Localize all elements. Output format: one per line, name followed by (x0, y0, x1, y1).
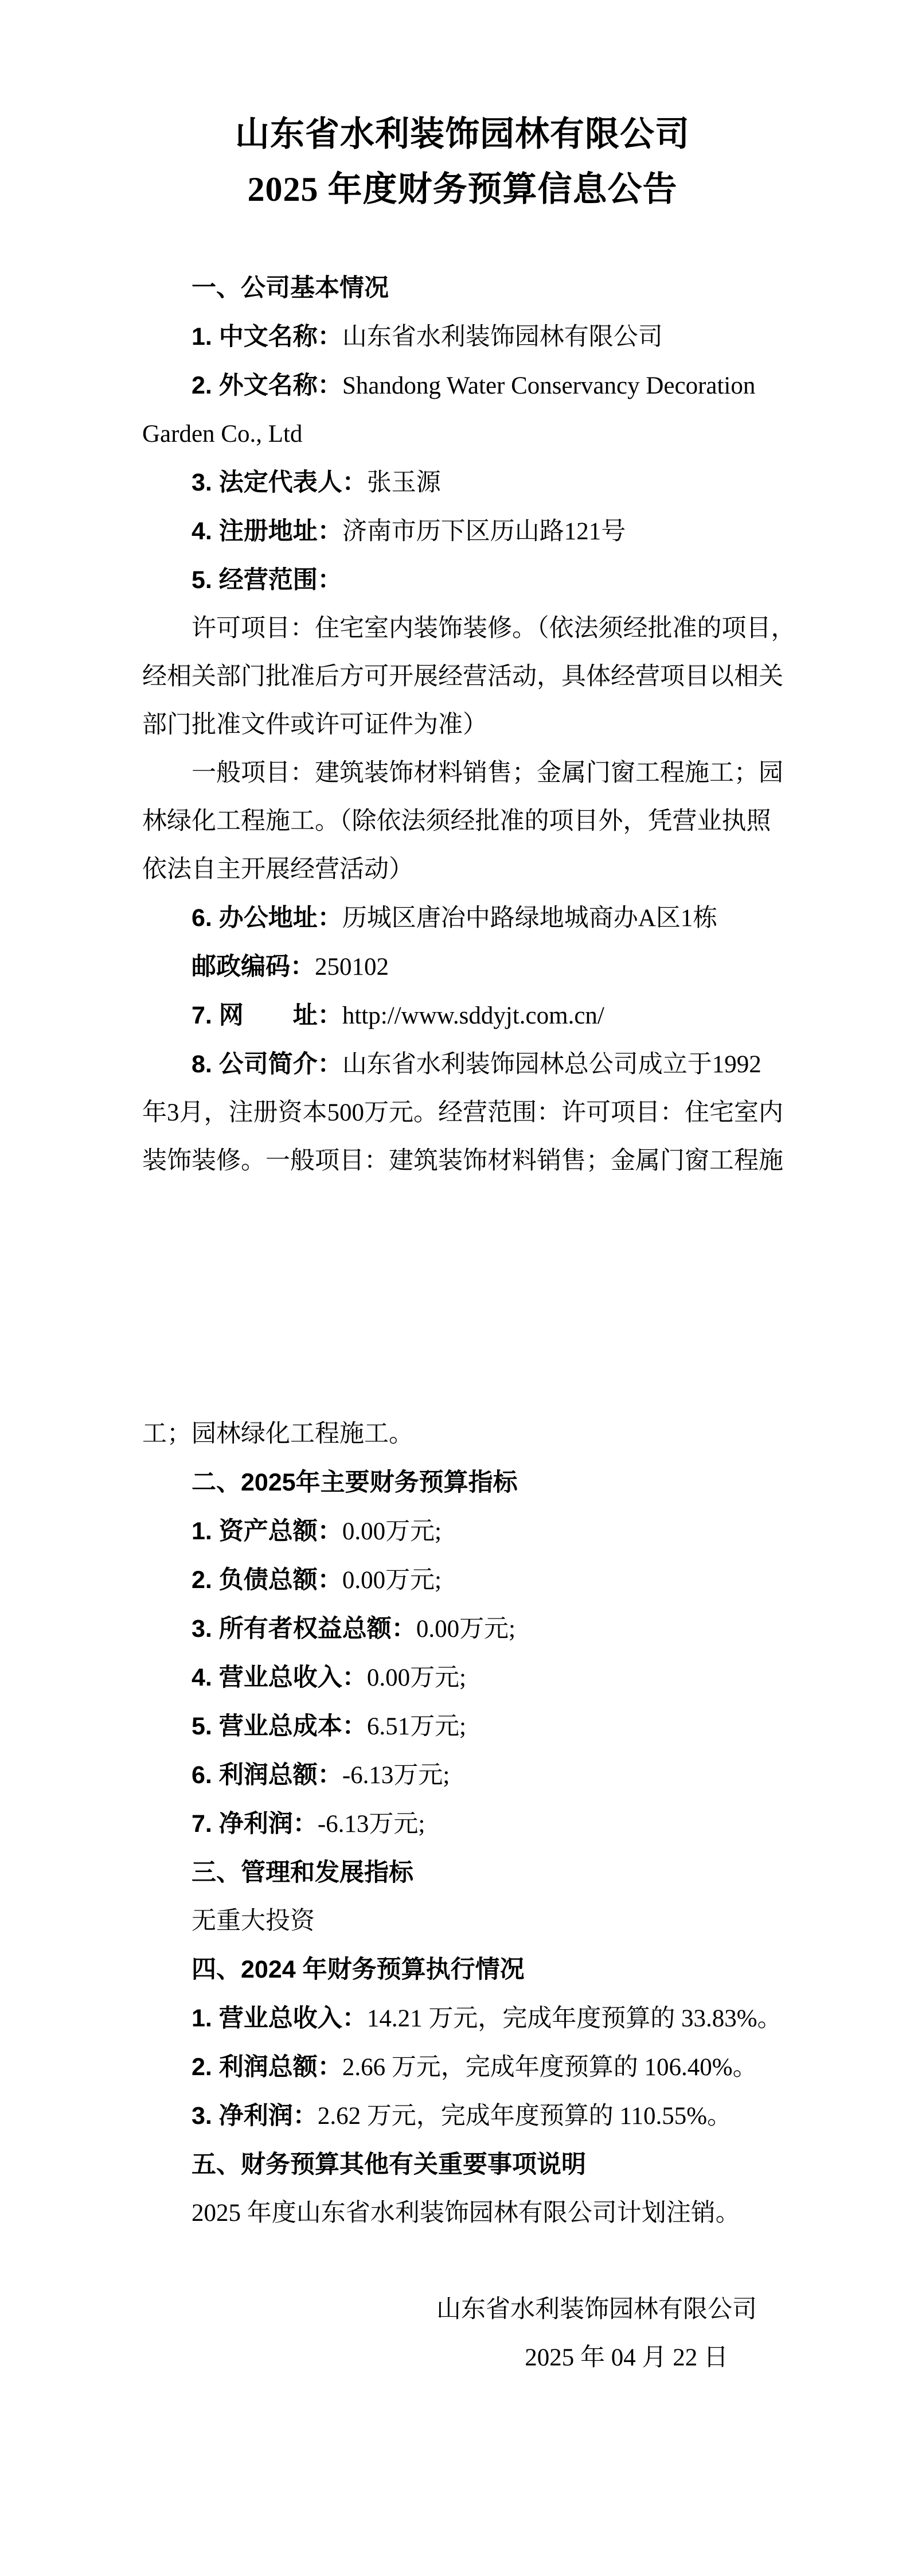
item-english-name-value-line2: Garden Co., Ltd (142, 421, 302, 448)
section2-heading: 二、2025年主要财务预算指标 (142, 1458, 783, 1507)
item-chinese-name-label: 1. 中文名称： (192, 323, 342, 351)
business-scope-licensed-line3: 部门批准文件或许可证件为准） (142, 701, 783, 749)
budget-item-total-assets-label: 1. 资产总额： (192, 1517, 342, 1545)
item-postal-code-label: 邮政编码： (192, 953, 315, 980)
business-scope-licensed-line1-text: 许可项目：住宅室内装饰装修。（依法须经批准的项目， (192, 615, 796, 642)
item-english-name: 2. 外文名称：Shandong Water Conservancy Decor… (142, 361, 783, 410)
section3-heading-text: 三、管理和发展指标 (192, 1859, 413, 1886)
item-company-profile-label: 8. 公司简介： (192, 1050, 342, 1078)
business-scope-general-line1-text: 一般项目：建筑装饰材料销售；金属门窗工程施工；园 (192, 760, 783, 787)
item-office-address-value: 历城区唐冶中路绿地城商办A区1栋 (342, 905, 718, 932)
budget-item-total-cost: 5. 营业总成本：6.51万元; (142, 1702, 783, 1751)
execution-item-total-profit: 2. 利润总额：2.66 万元，完成年度预算的 106.40%。 (142, 2043, 783, 2092)
execution-item-total-revenue-label: 1. 营业总收入： (192, 2005, 367, 2032)
business-scope-general-line2: 林绿化工程施工。（除依法须经批准的项目外，凭营业执照 (142, 797, 783, 846)
section5-heading: 五、财务预算其他有关重要事项说明 (142, 2141, 783, 2189)
execution-item-net-profit-label: 3. 净利润： (192, 2102, 318, 2130)
item-postal-code: 邮政编码：250102 (142, 943, 783, 991)
signature-company: 山东省水利装饰园林有限公司 (142, 2286, 783, 2334)
budget-item-total-liabilities: 2. 负债总额：0.00万元; (142, 1556, 783, 1605)
item-company-profile-line2: 年3月，注册资本500万元。经营范围：许可项目：住宅室内 (142, 1089, 783, 1137)
budget-item-owners-equity: 3. 所有者权益总额：0.00万元; (142, 1605, 783, 1653)
item-company-profile-line2-text: 年3月，注册资本500万元。经营范围：许可项目：住宅室内 (142, 1099, 783, 1126)
execution-item-total-revenue: 1. 营业总收入：14.21 万元，完成年度预算的 33.83%。 (142, 1994, 783, 2043)
execution-item-net-profit-value: 2.62 万元，完成年度预算的 110.55%。 (318, 2103, 732, 2130)
budget-item-total-liabilities-value: 0.00万元; (342, 1567, 442, 1594)
section3-body-text: 无重大投资 (192, 1908, 315, 1935)
item-legal-representative-label: 3. 法定代表人： (192, 469, 367, 496)
item-english-name-label: 2. 外文名称： (192, 372, 342, 399)
item-office-address-label: 6. 办公地址： (192, 904, 342, 932)
budget-item-owners-equity-value: 0.00万元; (416, 1616, 515, 1643)
budget-item-total-revenue: 4. 营业总收入：0.00万元; (142, 1653, 783, 1702)
title-line1: 山东省水利装饰园林有限公司 (142, 107, 783, 162)
budget-item-net-profit: 7. 净利润：-6.13万元; (142, 1800, 783, 1849)
item-registered-address-label: 4. 注册地址： (192, 517, 342, 545)
item-chinese-name: 1. 中文名称：山东省水利装饰园林有限公司 (142, 313, 783, 361)
item-english-name-wrap: Garden Co., Ltd (142, 410, 783, 458)
item-company-profile-line1: 山东省水利装饰园林总公司成立于1992 (342, 1051, 761, 1078)
signature-date: 2025 年 04 月 22 日 (142, 2334, 783, 2382)
budget-item-owners-equity-label: 3. 所有者权益总额： (192, 1615, 416, 1643)
budget-item-total-profit-label: 6. 利润总额： (192, 1761, 342, 1789)
budget-item-total-profit-value: -6.13万元; (342, 1762, 450, 1789)
business-scope-licensed-line2: 经相关部门批准后方可开展经营活动，具体经营项目以相关 (142, 653, 783, 701)
section4-heading-text: 四、2024 年财务预算执行情况 (192, 1956, 525, 1983)
execution-item-total-profit-label: 2. 利润总额： (192, 2053, 342, 2081)
document-body: 一、公司基本情况 1. 中文名称：山东省水利装饰园林有限公司 2. 外文名称：S… (142, 264, 783, 2382)
section5-body-text: 2025 年度山东省水利装饰园林有限公司计划注销。 (192, 2200, 740, 2227)
document-title: 山东省水利装饰园林有限公司 2025 年度财务预算信息公告 (142, 107, 783, 217)
business-scope-licensed-line3-text: 部门批准文件或许可证件为准） (142, 711, 487, 738)
budget-item-total-cost-label: 5. 营业总成本： (192, 1713, 367, 1740)
item-english-name-value-line1: Shandong Water Conservancy Decoration (342, 372, 756, 399)
business-scope-general-line3-text: 依法自主开展经营活动） (142, 856, 413, 883)
section3-heading: 三、管理和发展指标 (142, 1849, 783, 1897)
budget-item-total-assets: 1. 资产总额：0.00万元; (142, 1507, 783, 1556)
budget-item-total-assets-value: 0.00万元; (342, 1518, 442, 1545)
item-website-label: 7. 网 址： (192, 1002, 342, 1029)
item-legal-representative-value: 张玉源 (367, 469, 441, 496)
business-scope-general-line2-text: 林绿化工程施工。（除依法须经批准的项目外，凭营业执照 (142, 808, 771, 835)
item-company-profile-continued: 工；园林绿化工程施工。 (142, 1410, 783, 1458)
section1-heading-text: 一、公司基本情况 (192, 274, 389, 302)
section2-heading-text: 二、2025年主要财务预算指标 (192, 1469, 518, 1496)
budget-item-net-profit-label: 7. 净利润： (192, 1810, 318, 1838)
execution-item-total-revenue-value: 14.21 万元，完成年度预算的 33.83%。 (367, 2005, 782, 2032)
budget-item-net-profit-value: -6.13万元; (318, 1811, 425, 1838)
business-scope-general-line3: 依法自主开展经营活动） (142, 846, 783, 894)
section1-heading: 一、公司基本情况 (142, 264, 783, 313)
item-business-scope: 5. 经营范围： (142, 556, 783, 605)
item-company-profile-line3: 装饰装修。一般项目：建筑装饰材料销售；金属门窗工程施 (142, 1137, 783, 1185)
business-scope-licensed-line1: 许可项目：住宅室内装饰装修。（依法须经批准的项目， (142, 605, 783, 653)
business-scope-licensed-line2-text: 经相关部门批准后方可开展经营活动，具体经营项目以相关 (142, 663, 783, 690)
document-content: 山东省水利装饰园林有限公司 2025 年度财务预算信息公告 一、公司基本情况 1… (0, 0, 910, 2382)
budget-item-total-profit: 6. 利润总额：-6.13万元; (142, 1751, 783, 1800)
budget-item-total-cost-value: 6.51万元; (367, 1713, 466, 1740)
budget-item-total-revenue-value: 0.00万元; (367, 1664, 466, 1691)
section3-body: 无重大投资 (142, 1897, 783, 1945)
signature-date-text: 2025 年 04 月 22 日 (525, 2344, 728, 2371)
item-website: 7. 网 址：http://www.sddyjt.com.cn/ (142, 991, 783, 1040)
item-business-scope-label: 5. 经营范围： (192, 566, 342, 594)
item-website-value: http://www.sddyjt.com.cn/ (342, 1002, 604, 1029)
title-line2: 2025 年度财务预算信息公告 (142, 162, 783, 217)
budget-item-total-liabilities-label: 2. 负债总额： (192, 1566, 342, 1594)
item-office-address: 6. 办公地址：历城区唐冶中路绿地城商办A区1栋 (142, 894, 783, 943)
item-registered-address: 4. 注册地址：济南市历下区历山路121号 (142, 507, 783, 556)
execution-item-total-profit-value: 2.66 万元，完成年度预算的 106.40%。 (342, 2054, 757, 2081)
item-company-profile: 8. 公司简介：山东省水利装饰园林总公司成立于1992 (142, 1040, 783, 1089)
item-postal-code-value: 250102 (315, 954, 389, 980)
execution-item-net-profit: 3. 净利润：2.62 万元，完成年度预算的 110.55%。 (142, 2092, 783, 2141)
item-chinese-name-value: 山东省水利装饰园林有限公司 (342, 324, 663, 351)
signature-company-text: 山东省水利装饰园林有限公司 (436, 2296, 757, 2323)
item-registered-address-value: 济南市历下区历山路121号 (342, 518, 626, 545)
business-scope-general-line1: 一般项目：建筑装饰材料销售；金属门窗工程施工；园 (142, 749, 783, 797)
item-company-profile-line3-text: 装饰装修。一般项目：建筑装饰材料销售；金属门窗工程施 (142, 1147, 783, 1174)
section5-body: 2025 年度山东省水利装饰园林有限公司计划注销。 (142, 2189, 783, 2238)
section5-heading-text: 五、财务预算其他有关重要事项说明 (192, 2151, 586, 2178)
item-company-profile-continued-text: 工；园林绿化工程施工。 (142, 1421, 413, 1447)
budget-item-total-revenue-label: 4. 营业总收入： (192, 1664, 367, 1691)
page-break-gap (142, 1185, 783, 1410)
section4-heading: 四、2024 年财务预算执行情况 (142, 1945, 783, 1994)
item-legal-representative: 3. 法定代表人：张玉源 (142, 458, 783, 507)
document-page: 山东省水利装饰园林有限公司 2025 年度财务预算信息公告 一、公司基本情况 1… (0, 0, 910, 2576)
